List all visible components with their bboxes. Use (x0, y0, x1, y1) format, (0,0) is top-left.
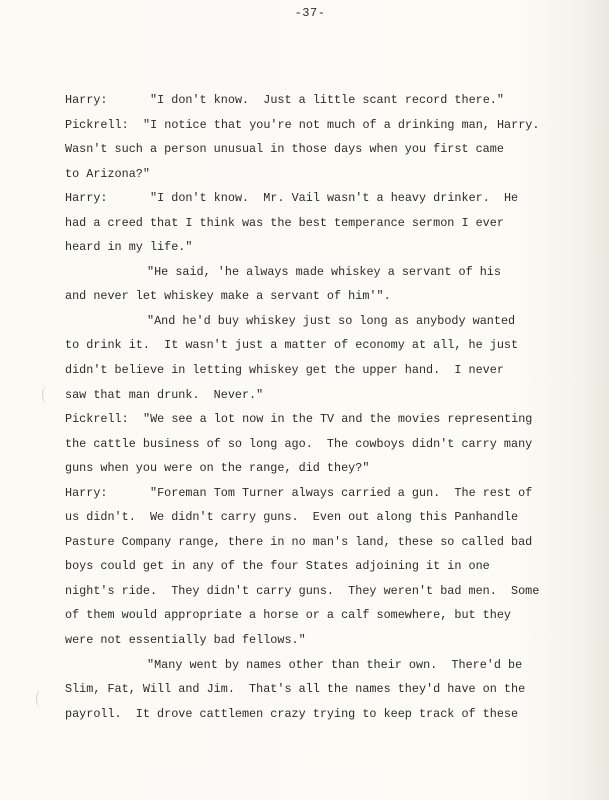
speaker-label: Harry: (65, 88, 150, 113)
line-text: of them would appropriate a horse or a c… (65, 608, 511, 622)
dialogue-line: the cattle business of so long ago. The … (65, 432, 539, 457)
paragraph-line: "And he'd buy whiskey just so long as an… (65, 309, 539, 334)
line-text: Pasture Company range, there in no man's… (65, 535, 532, 549)
paragraph-line: and never let whiskey make a servant of … (65, 284, 539, 309)
transcript-body: Harry:"I don't know. Just a little scant… (65, 88, 539, 726)
dialogue-line: Harry:"I don't know. Just a little scant… (65, 88, 539, 113)
line-text: saw that man drunk. Never." (65, 388, 263, 402)
line-text: and never let whiskey make a servant of … (65, 289, 391, 303)
speaker-label: Harry: (65, 186, 150, 211)
dialogue-line: night's ride. They didn't carry guns. Th… (65, 579, 539, 604)
dialogue-line: to Arizona?" (65, 162, 539, 187)
dialogue-line: Pickrell:"I notice that you're not much … (65, 113, 539, 138)
line-text: to drink it. It wasn't just a matter of … (65, 338, 518, 352)
line-text: "I don't know. Just a little scant recor… (150, 93, 504, 107)
dialogue-line: boys could get in any of the four States… (65, 554, 539, 579)
line-text: "Many went by names other than their own… (147, 658, 522, 672)
line-text: us didn't. We didn't carry guns. Even ou… (65, 510, 518, 524)
dialogue-line: of them would appropriate a horse or a c… (65, 603, 539, 628)
margin-mark (42, 386, 53, 404)
line-text: were not essentially bad fellows." (65, 633, 306, 647)
dialogue-line: had a creed that I think was the best te… (65, 211, 539, 236)
line-text: payroll. It drove cattlemen crazy trying… (65, 707, 518, 721)
dialogue-line: were not essentially bad fellows." (65, 628, 539, 653)
line-text: "We see a lot now in the TV and the movi… (143, 412, 532, 426)
dialogue-line: heard in my life." (65, 235, 539, 260)
dialogue-line: Pasture Company range, there in no man's… (65, 530, 539, 555)
line-text: "And he'd buy whiskey just so long as an… (147, 314, 515, 328)
speaker-label: Pickrell: (65, 113, 143, 138)
dialogue-line: Wasn't such a person unusual in those da… (65, 137, 539, 162)
line-text: "I notice that you're not much of a drin… (143, 118, 539, 132)
speaker-label: Harry: (65, 481, 150, 506)
line-text: "I don't know. Mr. Vail wasn't a heavy d… (150, 191, 518, 205)
line-text: Wasn't such a person unusual in those da… (65, 142, 504, 156)
line-text: boys could get in any of the four States… (65, 559, 490, 573)
dialogue-line: Harry:"Foreman Tom Turner always carried… (65, 481, 539, 506)
dialogue-line: Pickrell:"We see a lot now in the TV and… (65, 407, 539, 432)
line-text: to Arizona?" (65, 167, 150, 181)
dialogue-line: Harry:"I don't know. Mr. Vail wasn't a h… (65, 186, 539, 211)
line-text: had a creed that I think was the best te… (65, 216, 504, 230)
dialogue-line: us didn't. We didn't carry guns. Even ou… (65, 505, 539, 530)
paragraph-line: didn't believe in letting whiskey get th… (65, 358, 539, 383)
line-text: "Foreman Tom Turner always carried a gun… (150, 486, 532, 500)
page-number: -37- (0, 6, 609, 20)
speaker-label: Pickrell: (65, 407, 143, 432)
paragraph-line: payroll. It drove cattlemen crazy trying… (65, 702, 539, 727)
paragraph-line: Slim, Fat, Will and Jim. That's all the … (65, 677, 539, 702)
line-text: heard in my life." (65, 240, 192, 254)
dialogue-line: guns when you were on the range, did the… (65, 456, 539, 481)
paragraph-line: saw that man drunk. Never." (65, 383, 539, 408)
paragraph-line: to drink it. It wasn't just a matter of … (65, 333, 539, 358)
paragraph-line: "Many went by names other than their own… (65, 653, 539, 678)
paragraph-line: "He said, 'he always made whiskey a serv… (65, 260, 539, 285)
line-text: "He said, 'he always made whiskey a serv… (147, 265, 501, 279)
line-text: Slim, Fat, Will and Jim. That's all the … (65, 682, 525, 696)
line-text: night's ride. They didn't carry guns. Th… (65, 584, 539, 598)
line-text: didn't believe in letting whiskey get th… (65, 363, 504, 377)
margin-mark (36, 690, 47, 708)
line-text: guns when you were on the range, did the… (65, 461, 369, 475)
line-text: the cattle business of so long ago. The … (65, 437, 532, 451)
